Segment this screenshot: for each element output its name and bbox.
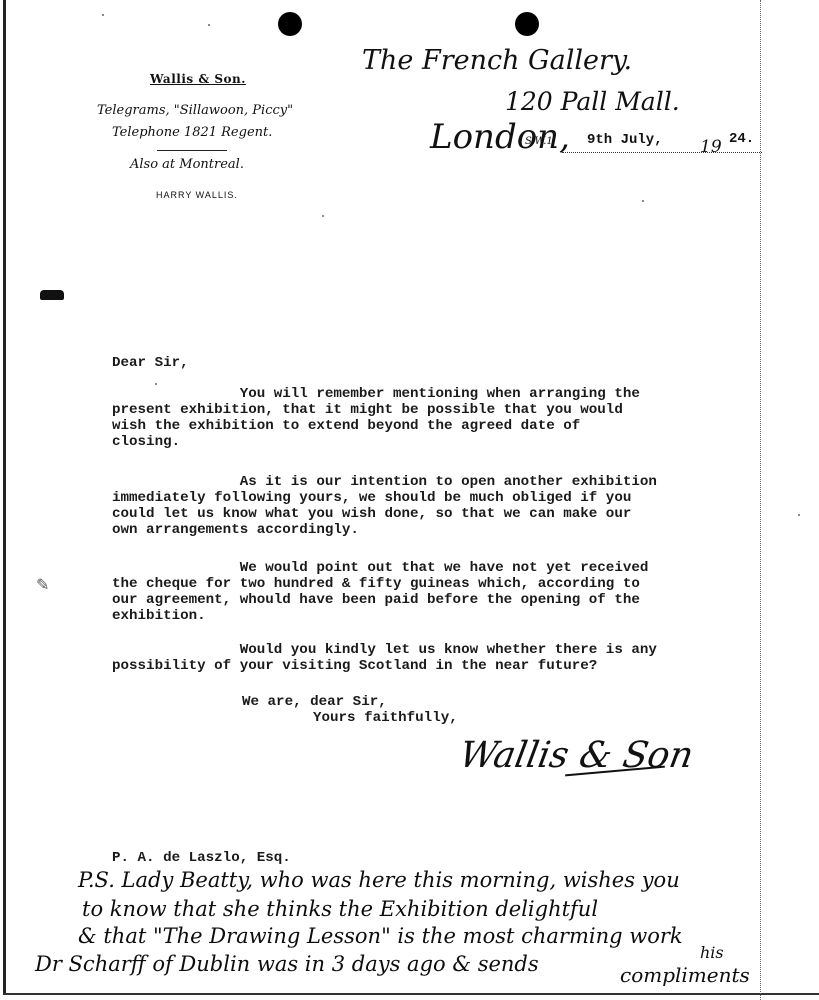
letter-date: 9th July,: [587, 132, 663, 148]
date-dotted-line: [562, 152, 762, 153]
gallery-address: 120 Pall Mall.: [505, 87, 680, 116]
salutation: Dear Sir,: [112, 355, 189, 371]
year-suffix: 24.: [729, 131, 754, 147]
paper-speck: [102, 14, 104, 16]
body-paragraph: We would point out that we have not yet …: [112, 560, 648, 624]
gallery-district: S.W.1: [525, 136, 553, 147]
postscript-line: to know that she thinks the Exhibition d…: [82, 897, 598, 921]
letterhead-proprietor: HARRY WALLIS.: [156, 190, 238, 200]
closing-line: We are, dear Sir,: [242, 694, 387, 710]
margin-annotation: ✎: [36, 575, 49, 594]
body-paragraph: Would you kindly let us know whether the…: [112, 642, 657, 674]
valediction: Yours faithfully,: [313, 710, 458, 726]
page-bottom-edge: [3, 993, 819, 995]
postscript-insert: his: [700, 943, 724, 962]
paper-speck: [322, 215, 324, 217]
fold-line: [760, 0, 761, 1000]
page-left-edge: [3, 0, 6, 994]
gallery-name: The French Gallery.: [362, 45, 632, 76]
paper-speck: [798, 514, 800, 516]
letterhead-also-at: Also at Montreal.: [130, 157, 244, 172]
postscript-line: P.S. Lady Beatty, who was here this morn…: [78, 868, 680, 892]
postscript-line: & that "The Drawing Lesson" is the most …: [78, 924, 683, 948]
postscript-line: Dr Scharff of Dublin was in 3 days ago &…: [35, 952, 539, 976]
body-paragraph: As it is our intention to open another e…: [112, 474, 657, 538]
letterhead-telephone: Telephone 1821 Regent.: [112, 125, 272, 140]
letterhead-firm-name: Wallis & Son.: [150, 72, 246, 86]
letterhead-divider: [157, 150, 227, 151]
punch-hole: [515, 12, 539, 36]
paper-speck: [155, 383, 157, 385]
letterhead-telegrams: Telegrams, "Sillawoon, Piccy": [97, 103, 293, 118]
paper-speck: [642, 200, 644, 202]
letter-page: Wallis & Son. Telegrams, "Sillawoon, Pic…: [0, 0, 819, 1000]
year-prefix: 19: [700, 137, 722, 157]
paper-speck: [208, 24, 210, 26]
recipient: P. A. de Laszlo, Esq.: [112, 850, 291, 866]
stapler-mark: [40, 290, 64, 300]
signature: Wallis & Son: [456, 735, 696, 776]
postscript-continuation: compliments: [620, 963, 750, 987]
body-paragraph: You will remember mentioning when arrang…: [112, 386, 640, 450]
punch-hole: [278, 12, 302, 36]
